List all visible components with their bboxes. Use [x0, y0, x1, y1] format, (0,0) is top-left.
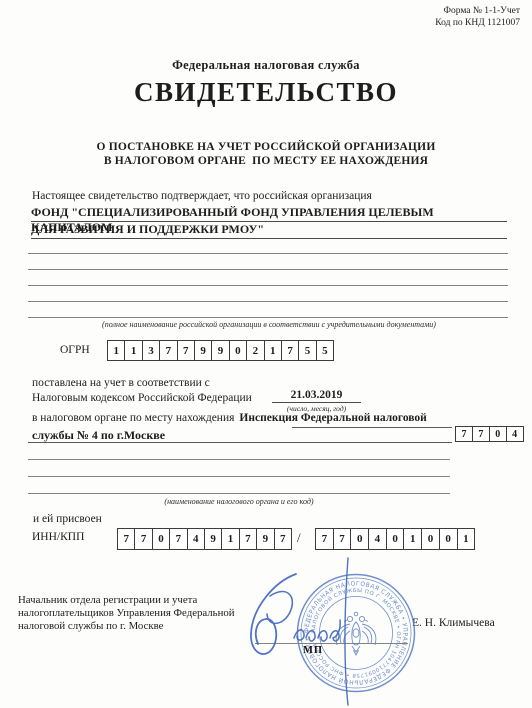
ogrn-digit-boxes: 1 1 3 7 7 9 9 0 2 1 7 5 5 [107, 340, 334, 361]
form-reference: Форма № 1-1-Учет Код по КНД 1121007 [435, 6, 520, 29]
inn-digit-cell: 4 [187, 529, 204, 549]
registered-line-2: Налоговым кодексом Российской Федерации [32, 392, 252, 404]
authority-code-cell: 7 [456, 427, 472, 441]
inn-digit-cell: 7 [134, 529, 151, 549]
ogrn-digit-cell: 7 [281, 341, 298, 360]
kpp-digit-cell: 0 [421, 529, 439, 549]
inn-digit-cell: 7 [169, 529, 186, 549]
authority-caption: (наименование налогового органа и его ко… [28, 497, 450, 506]
blank-rule-line [28, 285, 508, 286]
registered-line-1: поставлена на учет в соответствии с [32, 377, 210, 389]
official-name: Е. Н. Климычева [412, 617, 495, 629]
ogrn-digit-cell: 1 [108, 341, 124, 360]
inn-digit-boxes: 7 7 0 7 4 9 1 7 9 7 [117, 528, 292, 550]
authority-underline [292, 427, 452, 428]
kpp-digit-cell: 7 [333, 529, 351, 549]
inn-kpp-separator: / [297, 530, 301, 546]
inn-digit-cell: 7 [274, 529, 291, 549]
official-title-line-2: налогоплательщиков Управления Федерально… [18, 607, 235, 620]
blank-rule-line [28, 301, 508, 302]
blank-rule-line [28, 493, 450, 494]
registration-date: 21.03.2019 [272, 389, 361, 403]
kpp-digit-cell: 0 [439, 529, 457, 549]
ogrn-digit-cell: 5 [298, 341, 315, 360]
ogrn-digit-cell: 9 [194, 341, 211, 360]
inn-digit-cell: 7 [118, 529, 134, 549]
subtitle-line-1: О ПОСТАНОВКЕ НА УЧЕТ РОССИЙСКОЙ ОРГАНИЗА… [0, 141, 532, 155]
organization-name-line-1: ФОНД "СПЕЦИАЛИЗИРОВАННЫЙ ФОНД УПРАВЛЕНИЯ… [31, 205, 507, 222]
ogrn-digit-cell: 1 [124, 341, 141, 360]
subtitle-line-2: В НАЛОГОВОМ ОРГАНЕ ПО МЕСТУ ЕЕ НАХОЖДЕНИ… [0, 155, 532, 169]
intro-text: Настоящее свидетельство подтверждает, чт… [32, 190, 372, 202]
authority-name-line-1: Инспекция Федеральной налоговой [239, 412, 426, 424]
organization-name-caption: (полное наименование российской организа… [30, 320, 508, 329]
document-title: СВИДЕТЕЛЬСТВО [0, 77, 532, 108]
blank-rule-line [28, 459, 450, 460]
authority-line-1: в налоговом органе по месту нахожденияИн… [32, 412, 427, 424]
ogrn-digit-cell: 5 [316, 341, 333, 360]
registration-date-block: 21.03.2019 (число, месяц, год) [272, 389, 361, 413]
tax-registration-certificate: Форма № 1-1-Учет Код по КНД 1121007 Феде… [0, 0, 532, 708]
authority-prefix: в налоговом органе по месту нахождения [32, 412, 234, 424]
inn-digit-cell: 7 [239, 529, 256, 549]
kpp-digit-cell: 0 [386, 529, 404, 549]
ogrn-digit-cell: 2 [246, 341, 263, 360]
assigned-label: и ей присвоен [33, 513, 102, 525]
stamp-place-label: МП [303, 645, 323, 656]
blank-rule-line [28, 253, 508, 254]
knd-code: Код по КНД 1121007 [435, 18, 520, 30]
ogrn-digit-cell: 1 [264, 341, 281, 360]
official-title-line-1: Начальник отдела регистрации и учета [18, 594, 235, 607]
authority-name-line-2: службы № 4 по г.Москве [32, 428, 165, 443]
kpp-digit-cell: 7 [316, 529, 333, 549]
authority-code-cell: 4 [506, 427, 523, 441]
authority-code-boxes: 7 7 0 4 [455, 426, 524, 442]
form-number: Форма № 1-1-Учет [435, 6, 520, 18]
inn-digit-cell: 9 [256, 529, 273, 549]
ogrn-digit-cell: 0 [229, 341, 246, 360]
ogrn-digit-cell: 9 [211, 341, 228, 360]
blank-rule-line [28, 317, 508, 318]
agency-name: Федеральная налоговая служба [0, 58, 532, 73]
blank-rule-line [28, 269, 508, 270]
kpp-digit-cell: 0 [350, 529, 368, 549]
kpp-digit-boxes: 7 7 0 4 0 1 0 0 1 [315, 528, 475, 550]
kpp-digit-cell: 1 [403, 529, 421, 549]
inn-digit-cell: 9 [204, 529, 221, 549]
ogrn-digit-cell: 7 [159, 341, 176, 360]
ogrn-digit-cell: 7 [177, 341, 194, 360]
signature-scribble-icon [238, 554, 362, 708]
official-title-line-3: налоговой службы по г. Москве [18, 620, 235, 633]
kpp-digit-cell: 4 [368, 529, 386, 549]
authority-code-cell: 0 [489, 427, 506, 441]
ogrn-label: ОГРН [60, 344, 90, 356]
ogrn-digit-cell: 3 [142, 341, 159, 360]
blank-rule-line [28, 476, 450, 477]
organization-name-line-2: ДЛЯ РАЗВИТИЯ И ПОДДЕРЖКИ РМОУ" [31, 222, 507, 239]
inn-digit-cell: 1 [221, 529, 238, 549]
document-subtitle: О ПОСТАНОВКЕ НА УЧЕТ РОССИЙСКОЙ ОРГАНИЗА… [0, 141, 532, 168]
kpp-digit-cell: 1 [457, 529, 475, 549]
inn-digit-cell: 0 [152, 529, 169, 549]
inn-kpp-label: ИНН/КПП [32, 531, 84, 543]
official-title: Начальник отдела регистрации и учета нал… [18, 594, 235, 633]
authority-underline [28, 442, 452, 443]
authority-code-cell: 7 [472, 427, 489, 441]
